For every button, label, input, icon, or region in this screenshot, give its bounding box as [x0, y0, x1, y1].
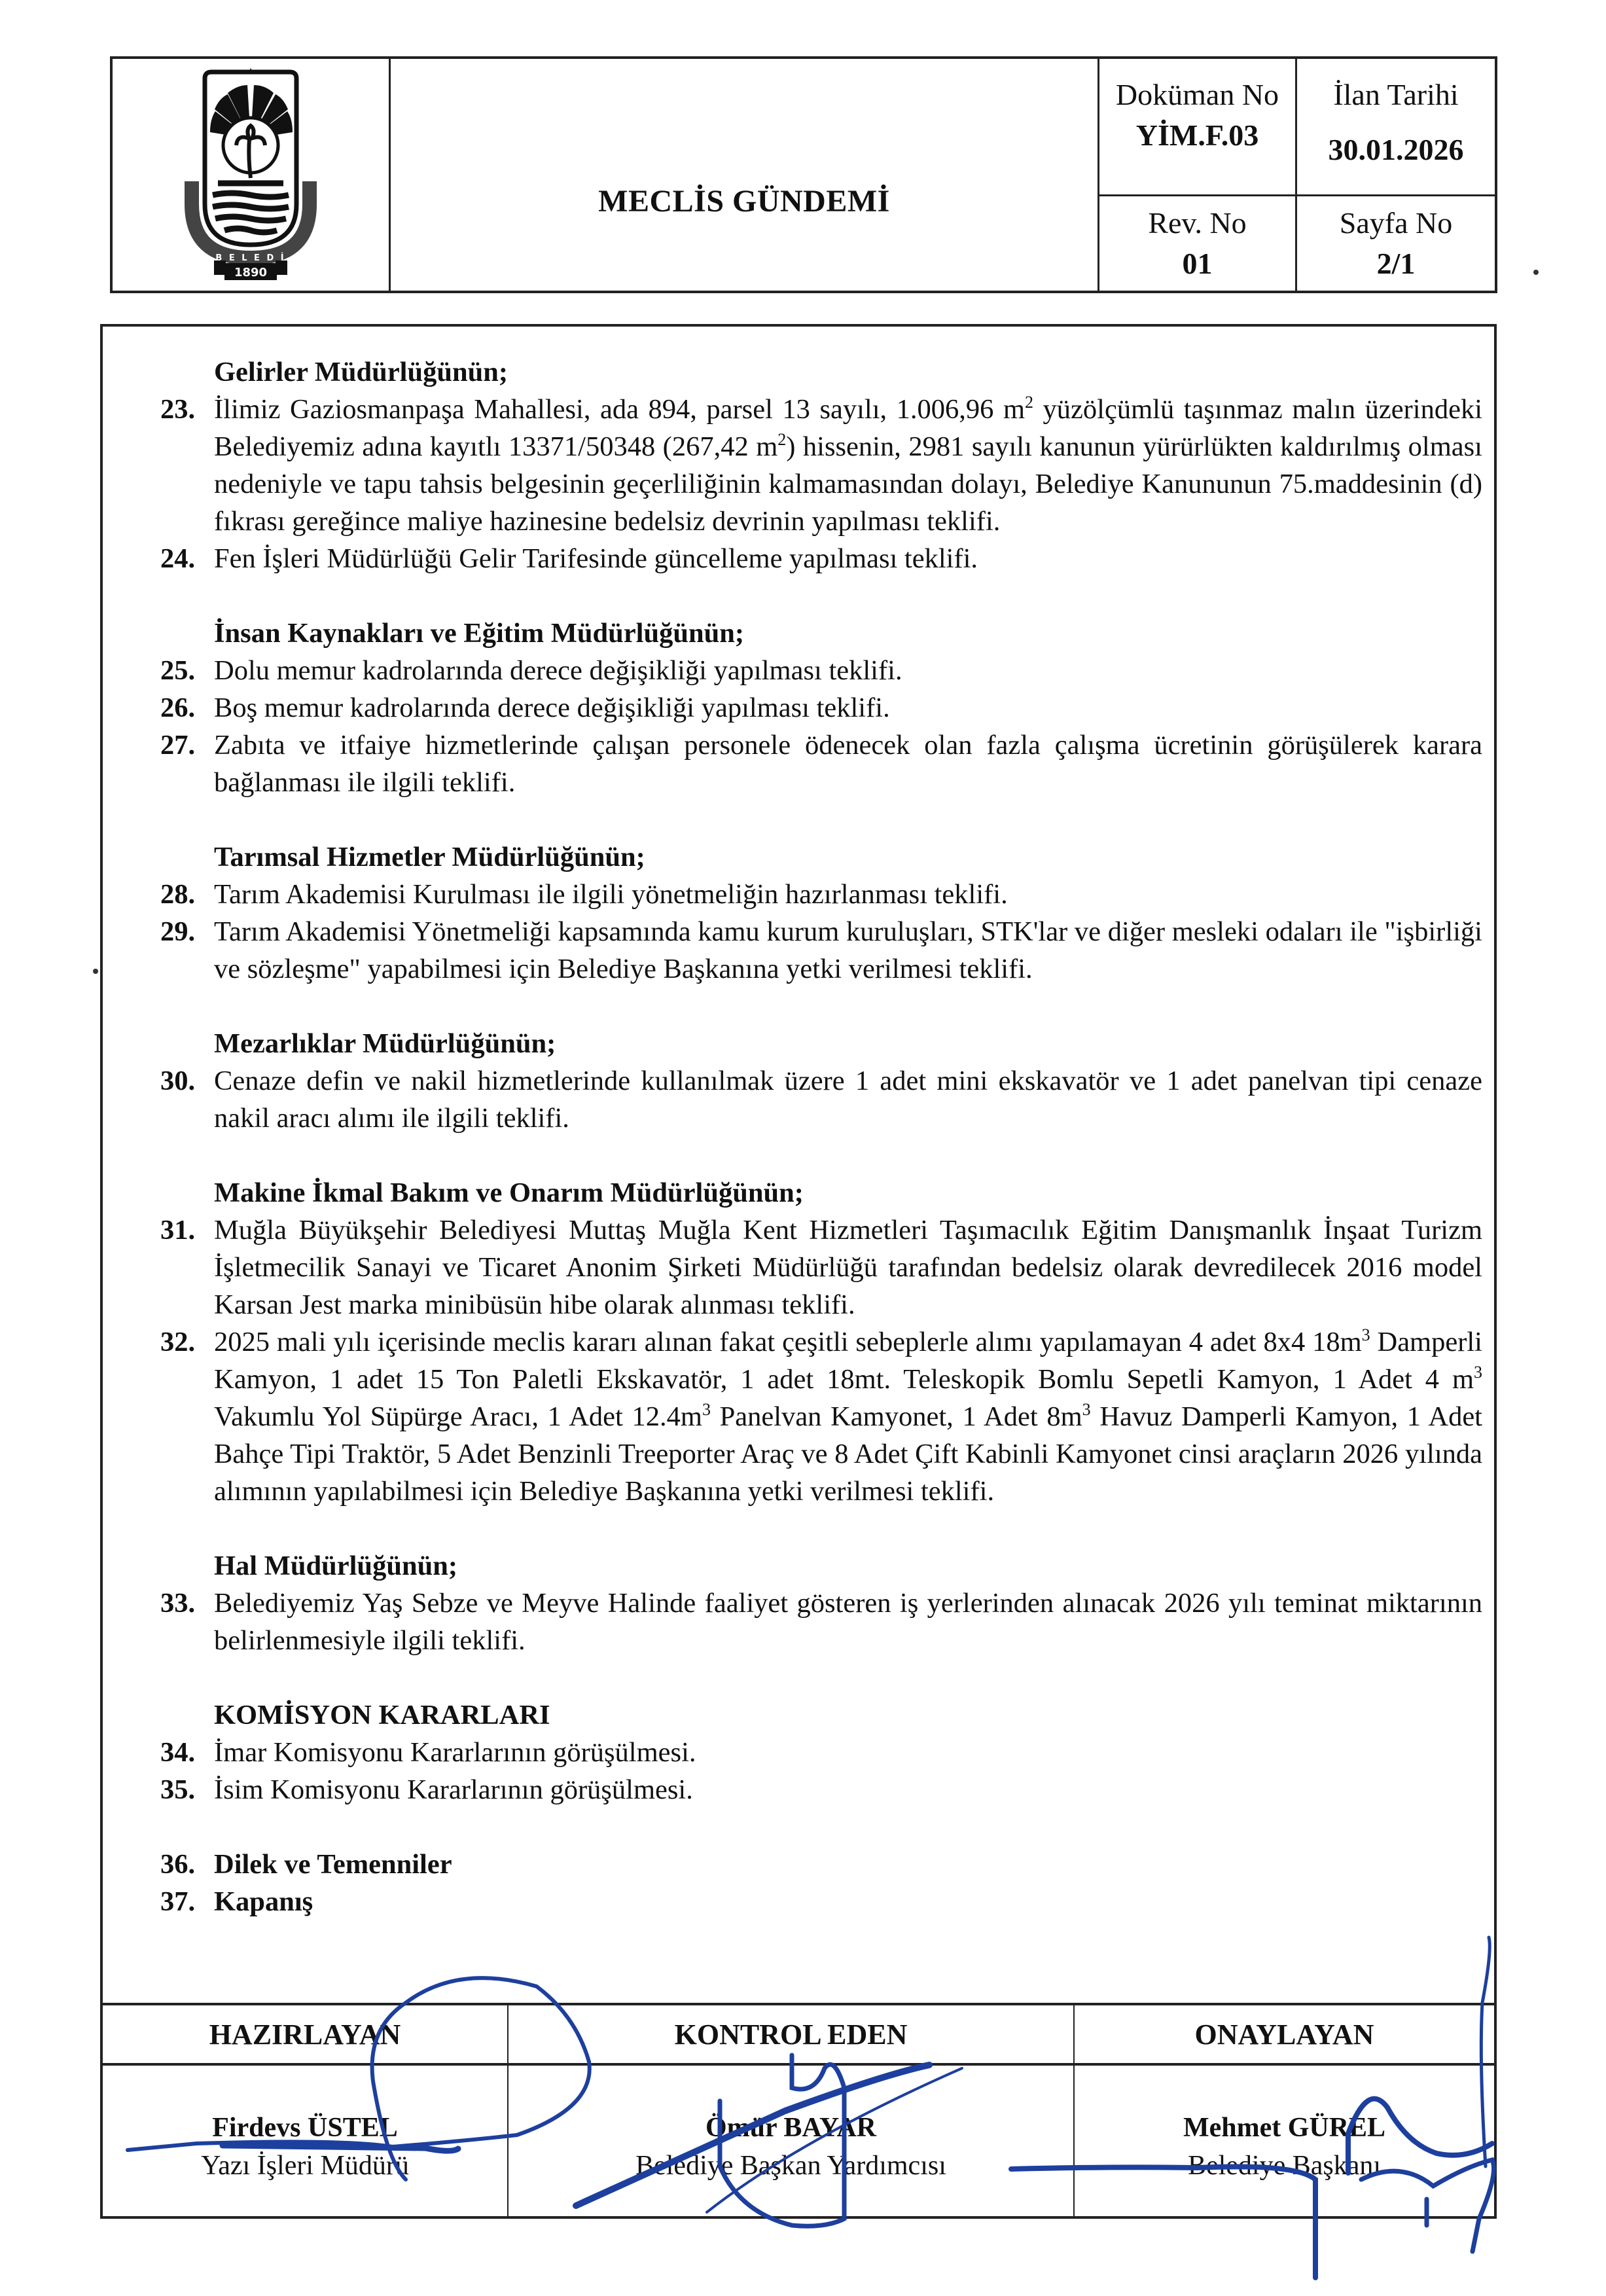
- signature-role-approved: ONAYLAYAN: [1075, 2005, 1494, 2066]
- agenda-item: 24.Fen İşleri Müdürlüğü Gelir Tarifesind…: [160, 540, 1482, 577]
- agenda-item-number: 34.: [160, 1734, 214, 1771]
- agenda-item-text: 2025 mali yılı içerisinde meclis kararı …: [214, 1323, 1482, 1510]
- section-spacer: [160, 801, 1482, 838]
- agenda-item-text: Dilek ve Temenniler: [214, 1846, 1482, 1883]
- section-spacer: [160, 1137, 1482, 1174]
- section-spacer: [160, 1659, 1482, 1696]
- section-title: KOMİSYON KARARLARI: [160, 1696, 1482, 1734]
- signature-block-approved: Mehmet GÜREL Belediye Başkanı: [1075, 2066, 1494, 2216]
- agenda-item: 26.Boş memur kadrolarında derece değişik…: [160, 689, 1482, 726]
- title-cell: MECLİS GÜNDEMİ: [391, 59, 1099, 291]
- agenda-item: 31.Muğla Büyükşehir Belediyesi Muttaş Mu…: [160, 1211, 1482, 1323]
- signer-title: Belediye Başkan Yardımcısı: [635, 2147, 946, 2185]
- agenda-item-text: Tarım Akademisi Yönetmeliği kapsamında k…: [214, 913, 1482, 988]
- scan-speck: [1533, 270, 1539, 275]
- agenda-item: 27.Zabıta ve itfaiye hizmetlerinde çalış…: [160, 726, 1482, 801]
- agenda-item: 32.2025 mali yılı içerisinde meclis kara…: [160, 1323, 1482, 1510]
- yalova-belediyesi-crest-icon: B E L E D İ 1890: [172, 67, 329, 283]
- agenda-item-number: 28.: [160, 876, 214, 913]
- agenda-item-text: Cenaze defin ve nakil hizmetlerinde kull…: [214, 1062, 1482, 1137]
- svg-text:1890: 1890: [234, 266, 267, 279]
- section-spacer: [160, 988, 1482, 1025]
- announcement-date-label: İlan Tarihi: [1333, 75, 1458, 115]
- agenda-item-text: İsim Komisyonu Kararlarının görüşülmesi.: [214, 1771, 1482, 1808]
- agenda-item-number: 30.: [160, 1062, 214, 1137]
- agenda-item-number: 32.: [160, 1323, 214, 1510]
- page-no-label: Sayfa No: [1340, 203, 1452, 243]
- section-spacer: [160, 577, 1482, 615]
- section-title: İnsan Kaynakları ve Eğitim Müdürlüğünün;: [160, 615, 1482, 652]
- section-spacer: [160, 1510, 1482, 1547]
- page-no-value: 2/1: [1377, 243, 1416, 284]
- section-spacer: [160, 1808, 1482, 1846]
- section-title: Makine İkmal Bakım ve Onarım Müdürlüğünü…: [160, 1174, 1482, 1211]
- agenda-item: 25.Dolu memur kadrolarında derece değişi…: [160, 652, 1482, 689]
- agenda-item: 29.Tarım Akademisi Yönetmeliği kapsamınd…: [160, 913, 1482, 988]
- agenda-item: 33.Belediyemiz Yaş Sebze ve Meyve Halind…: [160, 1585, 1482, 1659]
- agenda-item: 30.Cenaze defin ve nakil hizmetlerinde k…: [160, 1062, 1482, 1137]
- agenda-item-text: Belediyemiz Yaş Sebze ve Meyve Halinde f…: [214, 1585, 1482, 1659]
- signature-role-prepared: HAZIRLAYAN: [103, 2005, 509, 2066]
- agenda-item-text: İmar Komisyonu Kararlarının görüşülmesi.: [214, 1734, 1482, 1771]
- agenda-item-number: 26.: [160, 689, 214, 726]
- agenda-item-text: Dolu memur kadrolarında derece değişikli…: [214, 652, 1482, 689]
- document-title: MECLİS GÜNDEMİ: [598, 183, 890, 219]
- signer-name: Ömür BAYAR: [705, 2109, 876, 2147]
- signature-table: HAZIRLAYAN KONTROL EDEN ONAYLAYAN Firdev…: [100, 2003, 1497, 2219]
- document-no-cell: Doküman No YİM.F.03: [1099, 59, 1297, 196]
- agenda-item-number: 29.: [160, 913, 214, 988]
- agenda-item-number: 33.: [160, 1585, 214, 1659]
- agenda-item-text: Muğla Büyükşehir Belediyesi Muttaş Muğla…: [214, 1211, 1482, 1323]
- closing-item: 36.Dilek ve Temenniler: [160, 1846, 1482, 1883]
- agenda-item-number: 27.: [160, 726, 214, 801]
- document-meta: Doküman No YİM.F.03 İlan Tarihi 30.01.20…: [1099, 59, 1495, 291]
- agenda-item-text: Tarım Akademisi Kurulması ile ilgili yön…: [214, 876, 1482, 913]
- signer-name: Mehmet GÜREL: [1183, 2109, 1385, 2147]
- document-no-label: Doküman No: [1116, 75, 1279, 115]
- agenda-item-number: 36.: [160, 1846, 214, 1883]
- agenda-item-number: 37.: [160, 1883, 214, 1920]
- scan-speck: [93, 969, 98, 974]
- agenda-item-text: Fen İşleri Müdürlüğü Gelir Tarifesinde g…: [214, 540, 1482, 577]
- agenda-item-text: Zabıta ve itfaiye hizmetlerinde çalışan …: [214, 726, 1482, 801]
- document-no-value: YİM.F.03: [1136, 115, 1258, 156]
- agenda-item: 28.Tarım Akademisi Kurulması ile ilgili …: [160, 876, 1482, 913]
- page-no-cell: Sayfa No 2/1: [1297, 196, 1495, 291]
- signer-title: Yazı İşleri Müdürü: [201, 2147, 409, 2185]
- signature-role-checked: KONTROL EDEN: [509, 2005, 1075, 2066]
- signer-name: Firdevs ÜSTEL: [212, 2109, 398, 2147]
- announcement-date-cell: İlan Tarihi 30.01.2026: [1297, 59, 1495, 196]
- announcement-date-value: 30.01.2026: [1329, 130, 1464, 170]
- section-title: Tarımsal Hizmetler Müdürlüğünün;: [160, 838, 1482, 876]
- signature-block-prepared: Firdevs ÜSTEL Yazı İşleri Müdürü: [103, 2066, 509, 2216]
- document-header-table: B E L E D İ 1890 MECLİS GÜNDEMİ Doküman …: [110, 56, 1497, 293]
- agenda-item: 23.İlimiz Gaziosmanpaşa Mahallesi, ada 8…: [160, 391, 1482, 540]
- revision-no-label: Rev. No: [1148, 203, 1246, 243]
- revision-no-cell: Rev. No 01: [1099, 196, 1297, 291]
- section-title: Hal Müdürlüğünün;: [160, 1547, 1482, 1585]
- logo-cell: B E L E D İ 1890: [113, 59, 391, 291]
- agenda-item-number: 24.: [160, 540, 214, 577]
- closing-item: 37.Kapanış: [160, 1883, 1482, 1920]
- section-title: Gelirler Müdürlüğünün;: [160, 353, 1482, 391]
- agenda-content: Gelirler Müdürlüğünün;23.İlimiz Gaziosma…: [160, 353, 1482, 1920]
- agenda-item-number: 31.: [160, 1211, 214, 1323]
- svg-text:B E L E D İ: B E L E D İ: [215, 253, 285, 263]
- agenda-item: 34.İmar Komisyonu Kararlarının görüşülme…: [160, 1734, 1482, 1771]
- section-title: Mezarlıklar Müdürlüğünün;: [160, 1025, 1482, 1062]
- agenda-item-number: 25.: [160, 652, 214, 689]
- revision-no-value: 01: [1183, 243, 1213, 284]
- signer-title: Belediye Başkanı: [1188, 2147, 1381, 2185]
- agenda-item-number: 23.: [160, 391, 214, 540]
- agenda-item-text: Boş memur kadrolarında derece değişikliğ…: [214, 689, 1482, 726]
- agenda-item: 35.İsim Komisyonu Kararlarının görüşülme…: [160, 1771, 1482, 1808]
- agenda-item-text: İlimiz Gaziosmanpaşa Mahallesi, ada 894,…: [214, 391, 1482, 540]
- agenda-item-text: Kapanış: [214, 1883, 1482, 1920]
- signature-block-checked: Ömür BAYAR Belediye Başkan Yardımcısı: [509, 2066, 1075, 2216]
- agenda-item-number: 35.: [160, 1771, 214, 1808]
